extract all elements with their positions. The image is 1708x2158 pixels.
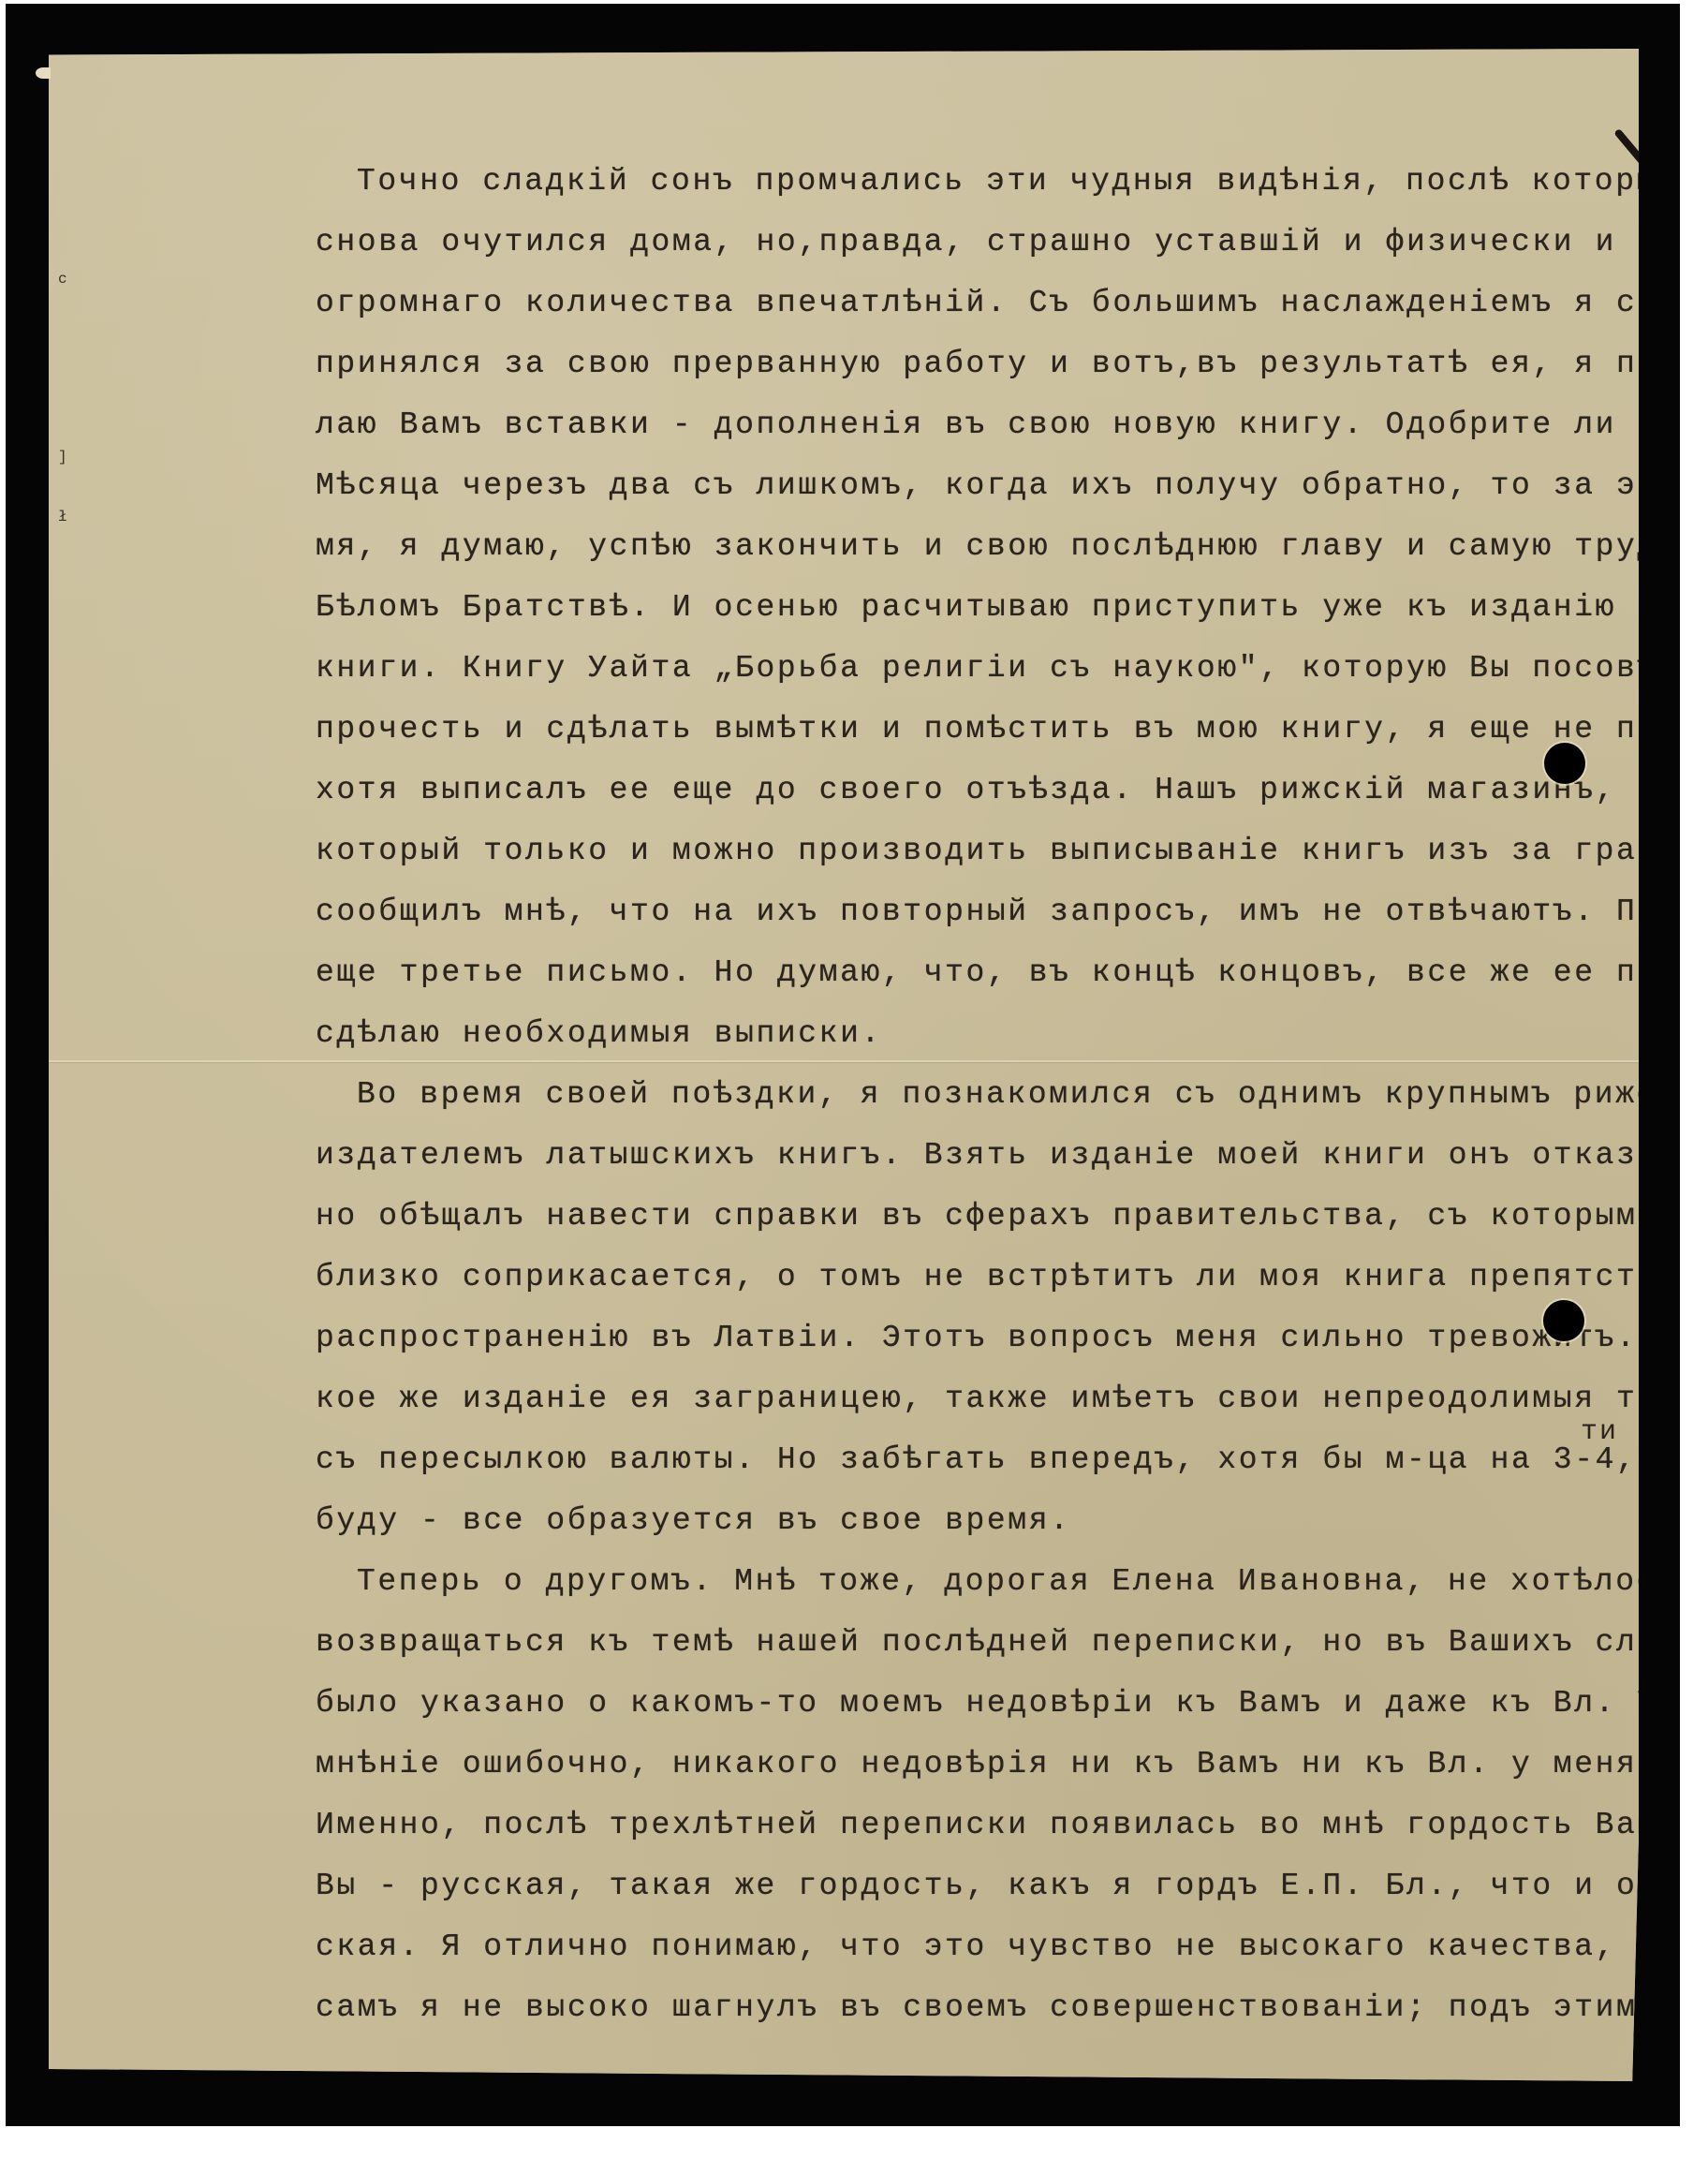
text-line: Мѣсяца черезъ два съ лишкомъ, когда ихъ …: [316, 467, 1708, 505]
text-line: мнѣніе ошибочно, никакого недовѣрія ни к…: [316, 1746, 1708, 1783]
paper-fold-line: [49, 1060, 1639, 1062]
text-line: который только и можно производить выпис…: [316, 833, 1708, 870]
text-line: еще третье письмо. Но думаю, что, въ кон…: [316, 954, 1708, 992]
text-line: распространенію въ Латвіи. Этотъ вопросъ…: [316, 1320, 1708, 1357]
letter-page: с ] ł Точно сладкій сонъ промчались эти …: [49, 49, 1639, 2081]
margin-mark-2: ]: [58, 450, 67, 465]
text-line: Бѣломъ Братствѣ. И осенью расчитываю при…: [316, 589, 1708, 627]
text-line: сдѣлаю необходимыя выписки.: [316, 1015, 882, 1053]
text-line: Теперь о другомъ. Мнѣ тоже, дорогая Елен…: [357, 1563, 1708, 1601]
torn-corner: [36, 67, 51, 79]
text-line: огромнаго количества впечатлѣній. Съ бол…: [316, 285, 1708, 322]
text-line: ская. Я отлично понимаю, что это чувство…: [316, 1929, 1708, 1966]
text-line: издателемъ латышскихъ книгъ. Взять издан…: [316, 1137, 1708, 1175]
text-line: снова очутился дома, но,правда, страшно …: [316, 224, 1701, 261]
text-line: кое же изданіе ея заграницею, также имѣе…: [316, 1381, 1708, 1418]
text-line: мя, я думаю, успѣю закончить и свою посл…: [316, 528, 1708, 566]
text-line: Именно, послѣ трехлѣтней переписки появи…: [316, 1807, 1708, 1844]
text-line: но обѣщалъ навести справки въ сферахъ пр…: [316, 1198, 1708, 1235]
text-line: близко соприкасается, о томъ не встрѣтит…: [316, 1259, 1708, 1296]
text-line: было указано о какомъ-то моемъ недовѣріи…: [316, 1685, 1708, 1722]
text-line: книги. Книгу Уайта „Борьба религіи съ на…: [316, 650, 1708, 687]
text-line: буду - все образуется въ свое время.: [316, 1502, 1071, 1540]
margin-mark-1: с: [58, 272, 67, 287]
text-line: Во время своей поѣздки, я познакомился с…: [357, 1076, 1708, 1114]
punch-hole-top: [1544, 743, 1585, 784]
text-line: съ пересылкою валюты. Но забѣгать вперед…: [316, 1441, 1701, 1479]
handwritten-correction: ти: [1581, 1418, 1618, 1446]
punch-hole-bottom: [1543, 1300, 1584, 1341]
text-line: лаю Вамъ вставки - дополненія въ свою но…: [316, 406, 1708, 444]
text-line: Точно сладкій сонъ промчались эти чудныя…: [357, 163, 1708, 200]
text-line: Вы - русская, такая же гордость, какъ я …: [316, 1868, 1708, 1905]
text-line: принялся за свою прерванную работу и вот…: [316, 346, 1708, 383]
text-line: хотя выписалъ ее еще до своего отъѣзда. …: [316, 772, 1708, 809]
text-line: возвращаться къ темѣ нашей послѣдней пер…: [316, 1624, 1708, 1662]
text-line: прочесть и сдѣлать вымѣтки и помѣстить в…: [316, 711, 1708, 748]
text-line: сообщилъ мнѣ, что на ихъ повторный запро…: [316, 894, 1708, 931]
text-line: самъ я не высоко шагнулъ въ своемъ совер…: [316, 1989, 1708, 2027]
margin-mark-3: ł: [58, 510, 67, 525]
